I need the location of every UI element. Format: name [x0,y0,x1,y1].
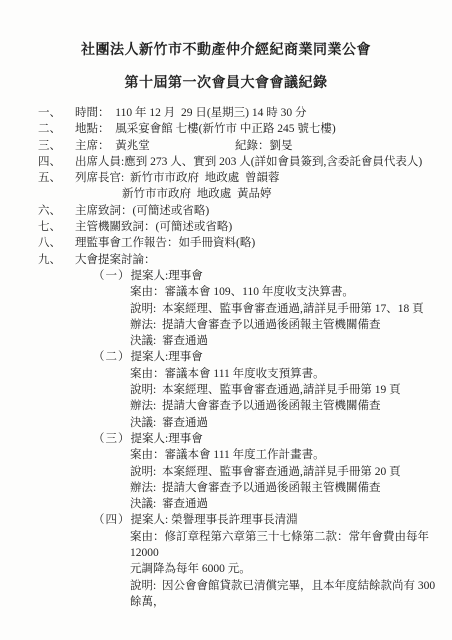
proposal-proposer-row: （二） 提案人:理事會 [38,349,444,365]
item-number: 七、 [38,219,75,235]
proposal-resolution: 決議: 審查通過 [130,333,444,349]
proposal-explanation: 說明: 因公會會館貸款已清償完畢，且本年度結餘款尚有 300 餘萬， [130,578,444,611]
proposal-explanation: 說明: 本案經理、監事會審查通過,請詳見手冊第 19 頁 [130,382,444,398]
document-body: 一、 時間： 110 年 12 月 29 日(星期三) 14 時 30 分 二、… [38,105,444,610]
info-item-location: 二、 地點： 風采宴會館 七樓(新竹市 中正路 245 號七樓) [38,121,444,137]
item-number: 九、 [38,252,75,268]
proposal-item-3: （三） 提案人:理事會 案由：審議本會 111 年度工作計畫書。 說明: 本案經… [38,431,444,512]
info-item-time: 一、 時間： 110 年 12 月 29 日(星期三) 14 時 30 分 [38,105,444,121]
proposal-proposer: 提案人:理事會 [131,349,445,365]
proposal-case: 案由：審議本會 109、110 年度收支決算書。 [130,284,444,300]
item-number: 三、 [38,138,75,154]
proposal-item-4: （四） 提案人: 榮譽理事長許理事長清淵 案由：修訂章程第六章第三十七條第二款：… [38,512,444,610]
item-number: 四、 [38,154,75,170]
info-item-chairman-speech: 六、 主席致詞：(可簡述或省略) [38,203,444,219]
item-number: 五、 [38,170,75,186]
proposal-explanation: 說明: 本案經理、監事會審查通過,請詳見手冊第 17、18 頁 [130,301,444,317]
proposal-resolution: 決議: 審查通過 [130,496,444,512]
info-item-authority-speech: 七、 主管機關致詞：(可簡述或省略) [38,219,444,235]
proposal-item-1: （一） 提案人:理事會 案由：審議本會 109、110 年度收支決算書。 說明:… [38,268,444,349]
item-number: 八、 [38,235,75,251]
meeting-minutes-document: 社團法人新竹市不動產仲介經紀商業同業公會 第十屆第一次會員大會會議紀錄 一、 時… [0,0,452,640]
info-item-guests-continuation: 新竹市市政府 地政處 黃品婷 [122,186,444,202]
item-text: 出席人員:應到 273 人、實到 203 人(詳如會員簽到,含委託會員代表人) [75,154,444,170]
proposal-case-continuation: 元調降為每年 6000 元。 [130,561,444,577]
proposal-proposer: 提案人:理事會 [131,431,445,447]
proposal-proposer: 提案人:理事會 [131,268,445,284]
proposal-case: 案由：審議本會 111 年度工作計畫書。 [130,447,444,463]
item-text: 時間： 110 年 12 月 29 日(星期三) 14 時 30 分 [75,105,444,121]
proposal-item-2: （二） 提案人:理事會 案由：審議本會 111 年度收支預算書。 說明: 本案經… [38,349,444,430]
proposal-method: 辦法: 提請大會審查予以通過後函報主管機關備查 [130,480,444,496]
proposal-method: 辦法: 提請大會審查予以通過後函報主管機關備查 [130,398,444,414]
proposal-case: 案由：審議本會 111 年度收支預算書。 [130,366,444,382]
proposal-case: 案由：修訂章程第六章第三十七條第二款：常年會費由每年 12000 [130,529,444,562]
proposal-proposer-row: （三） 提案人:理事會 [38,431,444,447]
item-number: 二、 [38,121,75,137]
item-text: 理監事會工作報告：如手冊資料(略) [75,235,444,251]
recorder-text: 紀錄：劉旻 [235,138,444,154]
info-item-proposals-heading: 九、 大會提案討論： [38,252,444,268]
proposal-proposer-row: （四） 提案人: 榮譽理事長許理事長清淵 [38,512,444,528]
item-text: 大會提案討論： [75,252,444,268]
proposal-number: （三） [93,431,131,447]
item-number: 一、 [38,105,75,121]
info-item-attendance: 四、 出席人員:應到 273 人、實到 203 人(詳如會員簽到,含委託會員代表… [38,154,444,170]
item-text: 主管機關致詞：(可簡述或省略) [75,219,444,235]
document-subtitle: 第十屆第一次會員大會會議紀錄 [0,60,452,93]
proposal-resolution: 決議: 審查通過 [130,415,444,431]
proposal-method: 辦法: 提請大會審查予以通過後函報主管機關備查 [130,317,444,333]
info-item-chairman: 三、 主席： 黃兆堂 紀錄：劉旻 [38,138,444,154]
proposal-explanation: 說明: 本案經理、監事會審查通過,請詳見手冊第 20 頁 [130,464,444,480]
proposal-number: （四） [93,512,131,528]
proposal-proposer-row: （一） 提案人:理事會 [38,268,444,284]
item-text: 地點： 風采宴會館 七樓(新竹市 中正路 245 號七樓) [75,121,444,137]
item-number: 六、 [38,203,75,219]
chairman-text: 主席： 黃兆堂 [75,138,235,154]
item-text: 主席致詞：(可簡述或省略) [75,203,444,219]
item-text: 列席長官: 新竹市市政府 地政處 曾韻蓉 [75,170,444,186]
proposal-proposer: 提案人: 榮譽理事長許理事長清淵 [131,512,445,528]
proposal-number: （二） [93,349,131,365]
proposal-number: （一） [93,268,131,284]
document-title: 社團法人新竹市不動產仲介經紀商業同業公會 [0,0,452,60]
info-item-guests: 五、 列席長官: 新竹市市政府 地政處 曾韻蓉 [38,170,444,186]
info-item-work-report: 八、 理監事會工作報告：如手冊資料(略) [38,235,444,251]
